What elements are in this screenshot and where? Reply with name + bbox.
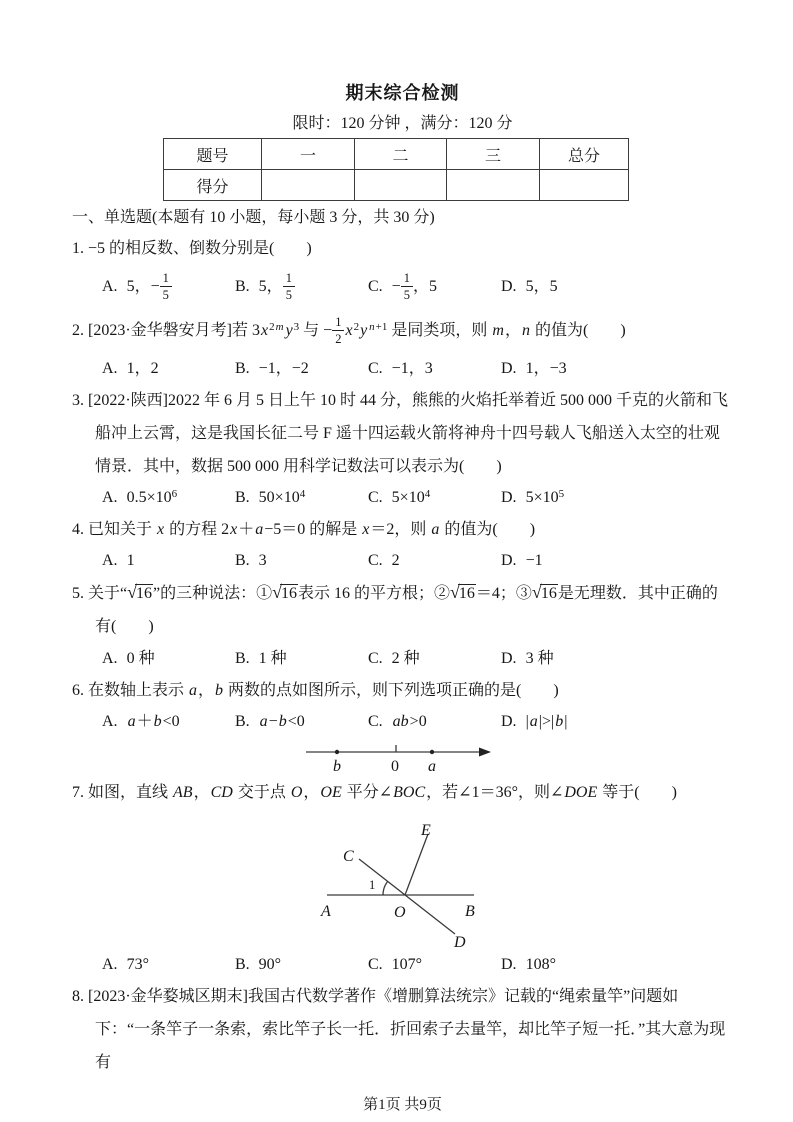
line-CD: [359, 859, 455, 934]
label-angle-1: 1: [369, 878, 375, 892]
score-table-header-row: 题号 一 二 三 总分: [164, 139, 629, 170]
superscript: 4: [300, 488, 306, 500]
square-root: √16: [450, 585, 476, 602]
page-number: 第1页 共9页: [72, 1093, 733, 1114]
question-6: 6. 在数轴上表示 a，b 两数的点如图所示，则下列选项正确的是( ) A.a＋…: [72, 674, 733, 774]
superscript: 5: [559, 488, 565, 500]
math-variable: a: [430, 521, 440, 538]
math-variable: m: [491, 322, 505, 339]
math-variable: m: [275, 321, 285, 333]
option-label: A.: [102, 278, 118, 295]
question-8-stem: 8. [2023·金华婺城区期末]我国古代数学著作《增删算法统宗》记载的“绳索量…: [72, 980, 733, 1079]
point-a-dot: [430, 750, 434, 754]
question-3-stem: 3. [2022·陕西]2022 年 6 月 5 日上午 10 时 44 分，熊…: [72, 384, 733, 483]
exam-page: 期末综合检测 限时：120 分钟 ，满分：120 分 题号 一 二 三 总分 得…: [0, 0, 793, 1122]
math-variable: x: [260, 322, 269, 339]
option-label: D.: [501, 650, 517, 667]
score-table-cell-empty: [355, 170, 447, 201]
label-B: B: [465, 903, 475, 920]
option-label: D.: [501, 489, 517, 506]
answer-option-D: D.−1: [501, 546, 543, 576]
math-variable: BOC: [392, 784, 426, 801]
question-5-stem: 5. 关于“√16”的三种说法：①√16表示 16 的平方根；②√16＝4；③√…: [72, 576, 733, 643]
answer-option-D: D.1，−3: [501, 354, 567, 384]
section-heading: 一、单选题(本题有 10 小题，每小题 3 分，共 30 分): [72, 204, 733, 232]
question-5: 5. 关于“√16”的三种说法：①√16表示 16 的平方根；②√16＝4；③√…: [72, 576, 733, 673]
question-3-options: A.0.5×106B.50×104C.5×104D.5×105: [72, 483, 733, 513]
question-5-options: A.0 种B.1 种C.2 种D.3 种: [72, 643, 733, 673]
score-table-cell-header: 总分: [540, 139, 629, 170]
page-content: 期末综合检测 限时：120 分钟 ，满分：120 分 题号 一 二 三 总分 得…: [72, 0, 733, 1114]
option-label: A.: [102, 956, 118, 973]
label-A: A: [320, 903, 331, 920]
label-E: E: [420, 822, 431, 839]
question-2-options: A.1，2B.−1，−2C.−1，3D.1，−3: [72, 353, 733, 383]
square-root: √16: [272, 585, 298, 602]
math-variable: DOE: [563, 784, 598, 801]
question-1-options: A.5，−15B.5，15C.−15，5D.5，5: [72, 265, 733, 309]
answer-option-D: D.|a|>|b|: [501, 707, 567, 737]
number-line-figure: b 0 a: [305, 740, 515, 774]
score-table-cell-empty: [447, 170, 540, 201]
math-variable: a: [188, 682, 198, 699]
math-variable: AB: [172, 784, 194, 801]
option-label: C.: [368, 489, 383, 506]
option-label: C.: [368, 360, 383, 377]
answer-option-B: B.1 种: [235, 644, 368, 674]
score-table-score-row: 得分: [164, 170, 629, 201]
option-label: C.: [368, 650, 383, 667]
question-6-options: A.a＋b<0B.a−b<0C.ab>0D.|a|>|b|: [72, 707, 733, 737]
math-variable: O: [290, 784, 304, 801]
question-7: 7. 如图，直线 AB，CD 交于点 O，OE 平分∠BOC，若∠1＝36°，则…: [72, 776, 733, 980]
page-title: 期末综合检测: [72, 83, 733, 103]
option-label: D.: [501, 713, 517, 730]
math-variable: ab: [392, 713, 410, 730]
answer-option-C: C.2: [368, 546, 501, 576]
question-6-stem: 6. 在数轴上表示 a，b 两数的点如图所示，则下列选项正确的是( ): [72, 674, 733, 707]
answer-option-A: A.0.5×106: [102, 483, 235, 513]
answer-option-C: C.−1，3: [368, 354, 501, 384]
score-table-cell-label: 得分: [164, 170, 262, 201]
question-2-stem: 2. [2023·金华磐安月考]若 3x2my3 与 −12x2yn+1 是同类…: [72, 309, 733, 353]
number-line-arrow: [479, 747, 491, 756]
question-7-options: A.73°B.90°C.107°D.108°: [72, 950, 733, 980]
math-variable: a: [254, 521, 264, 538]
answer-option-C: C.ab>0: [368, 707, 501, 737]
answer-option-C: C.−15，5: [368, 265, 501, 309]
option-label: C.: [368, 552, 383, 569]
math-variable: y: [359, 322, 368, 339]
score-table-cell-empty: [540, 170, 629, 201]
exam-limits: 限时：120 分钟 ，满分：120 分: [72, 114, 733, 134]
fraction: 15: [401, 271, 413, 303]
question-2: 2. [2023·金华磐安月考]若 3x2my3 与 −12x2yn+1 是同类…: [72, 309, 733, 383]
answer-option-A: A.73°: [102, 950, 235, 980]
math-variable: b: [554, 713, 564, 730]
answer-option-A: A.1，2: [102, 354, 235, 384]
answer-option-A: A.0 种: [102, 644, 235, 674]
answer-option-B: B.a−b<0: [235, 707, 368, 737]
math-variable: CD: [210, 784, 234, 801]
option-label: B.: [235, 956, 250, 973]
answer-option-C: C.2 种: [368, 644, 501, 674]
answer-option-C: C.107°: [368, 950, 501, 980]
answer-option-D: D.5×105: [501, 483, 564, 513]
question-4: 4. 已知关于 x 的方程 2x＋a−5＝0 的解是 x＝2，则 a 的值为( …: [72, 513, 733, 576]
score-table-cell-header: 一: [262, 139, 355, 170]
point-a-label: a: [428, 758, 436, 774]
option-label: D.: [501, 956, 517, 973]
option-label: B.: [235, 552, 250, 569]
point-b-label: b: [333, 758, 341, 774]
math-variable: x: [156, 521, 165, 538]
option-label: A.: [102, 650, 118, 667]
answer-option-D: D.3 种: [501, 644, 554, 674]
score-table-cell-header: 三: [447, 139, 540, 170]
answer-option-A: A.1: [102, 546, 235, 576]
score-table: 题号 一 二 三 总分 得分: [163, 138, 629, 201]
score-table-cell-header: 二: [355, 139, 447, 170]
option-label: A.: [102, 713, 118, 730]
question-7-stem: 7. 如图，直线 AB，CD 交于点 O，OE 平分∠BOC，若∠1＝36°，则…: [72, 776, 733, 809]
answer-option-B: B.3: [235, 546, 368, 576]
option-label: B.: [235, 360, 250, 377]
square-root: √16: [532, 585, 558, 602]
label-C: C: [343, 848, 354, 865]
math-variable: b: [214, 682, 224, 699]
option-label: B.: [235, 278, 250, 295]
answer-option-B: B.50×104: [235, 483, 368, 513]
math-variable: OE: [319, 784, 342, 801]
answer-option-A: A.a＋b<0: [102, 707, 235, 737]
fraction: 15: [283, 271, 295, 303]
angle-1-arc: [383, 881, 388, 895]
question-1-stem: 1. −5 的相反数、倒数分别是( ): [72, 232, 733, 265]
math-variable: n: [521, 322, 531, 339]
fraction: 15: [160, 271, 172, 303]
answer-option-B: B.90°: [235, 950, 368, 980]
option-label: C.: [368, 956, 383, 973]
math-variable: x: [229, 521, 238, 538]
label-O: O: [394, 904, 406, 921]
question-8: 8. [2023·金华婺城区期末]我国古代数学著作《增删算法统宗》记载的“绳索量…: [72, 980, 733, 1079]
option-label: A.: [102, 360, 118, 377]
origin-label: 0: [391, 758, 399, 774]
superscript: 2m: [269, 321, 284, 333]
point-b-dot: [335, 750, 339, 754]
option-label: B.: [235, 713, 250, 730]
answer-option-B: B.−1，−2: [235, 354, 368, 384]
answer-option-D: D.5，5: [501, 265, 558, 309]
math-variable: b: [153, 713, 163, 730]
question-4-stem: 4. 已知关于 x 的方程 2x＋a−5＝0 的解是 x＝2，则 a 的值为( …: [72, 513, 733, 546]
superscript: 4: [425, 488, 431, 500]
option-label: C.: [368, 278, 383, 295]
label-D: D: [453, 934, 466, 950]
math-variable: b: [278, 713, 288, 730]
option-label: D.: [501, 552, 517, 569]
superscript: n+1: [368, 321, 387, 333]
fraction: 12: [332, 315, 344, 347]
math-variable: x: [344, 322, 353, 339]
answer-option-B: B.5，15: [235, 265, 368, 309]
answer-option-A: A.5，−15: [102, 265, 235, 309]
score-table-cell-header: 题号: [164, 139, 262, 170]
math-variable: a: [259, 713, 269, 730]
option-label: B.: [235, 650, 250, 667]
question-3: 3. [2022·陕西]2022 年 6 月 5 日上午 10 时 44 分，熊…: [72, 384, 733, 513]
math-variable: x: [361, 521, 370, 538]
math-variable: n: [368, 321, 376, 333]
intersecting-lines-figure: E C 1 A O B D: [302, 815, 522, 950]
math-variable: y: [285, 322, 294, 339]
question-1: 1. −5 的相反数、倒数分别是( ) A.5，−15B.5，15C.−15，5…: [72, 232, 733, 309]
option-label: C.: [368, 713, 383, 730]
option-label: D.: [501, 360, 517, 377]
option-label: D.: [501, 278, 517, 295]
superscript: 3: [294, 321, 300, 333]
option-label: A.: [102, 489, 118, 506]
option-label: A.: [102, 552, 118, 569]
question-4-options: A.1B.3C.2D.−1: [72, 546, 733, 576]
square-root: √16: [127, 585, 153, 602]
score-table-cell-empty: [262, 170, 355, 201]
ray-OE: [405, 834, 428, 895]
math-variable: a: [127, 713, 137, 730]
superscript: 6: [172, 488, 178, 500]
math-variable: a: [529, 713, 539, 730]
option-label: B.: [235, 489, 250, 506]
answer-option-D: D.108°: [501, 950, 556, 980]
answer-option-C: C.5×104: [368, 483, 501, 513]
